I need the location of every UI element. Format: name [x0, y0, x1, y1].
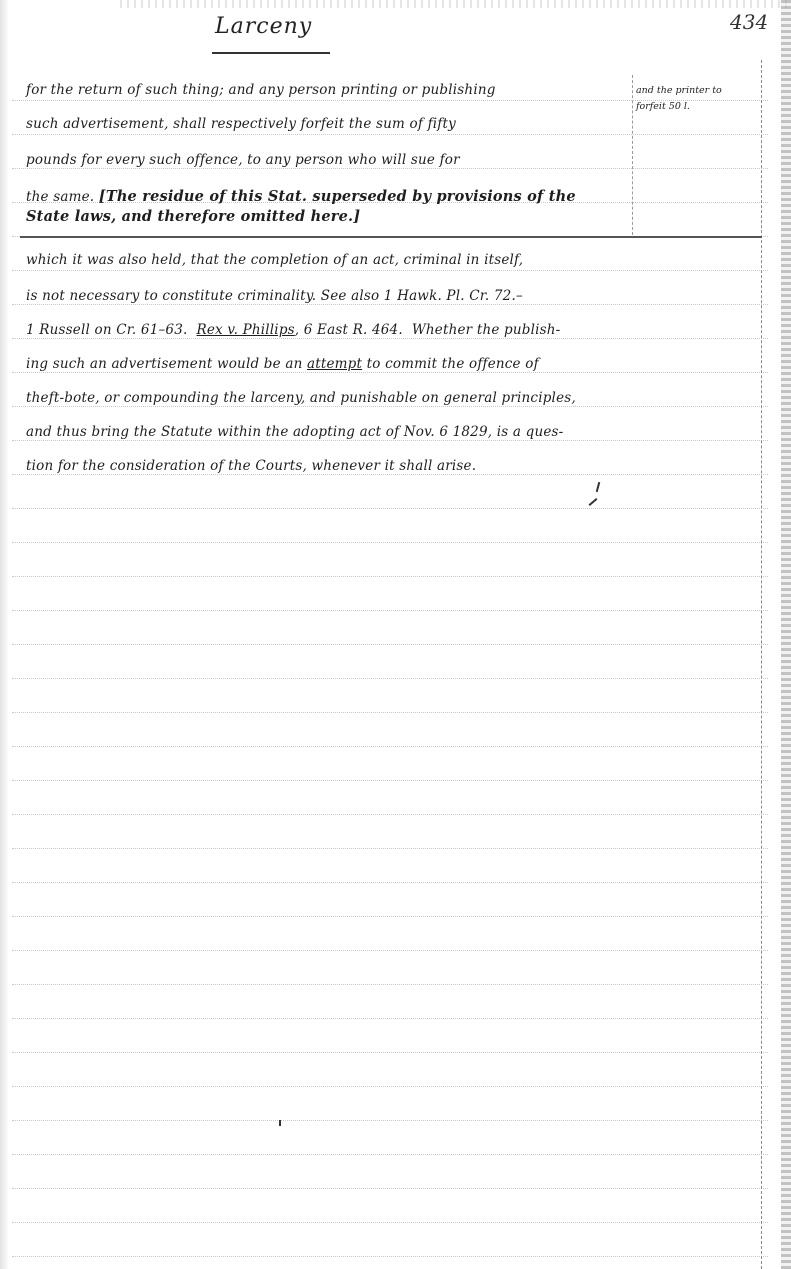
text-line: and thus bring the Statute within the ad… — [26, 424, 563, 440]
ruled-line — [12, 984, 768, 985]
ruled-line — [12, 1154, 768, 1155]
ruled-line — [12, 270, 768, 271]
ruled-line — [12, 712, 768, 713]
ruled-line — [12, 338, 768, 339]
ruled-line — [12, 168, 768, 169]
ruled-line — [12, 814, 768, 815]
ruled-line — [12, 1120, 768, 1121]
page-number: 434 — [730, 10, 768, 34]
text-fragment: to commit the offence of — [367, 356, 539, 372]
stray-mark — [279, 1120, 281, 1126]
ruled-line — [12, 916, 768, 917]
ruled-line — [12, 950, 768, 951]
ruled-line — [12, 1222, 768, 1223]
text-line: theft-bote, or compounding the larceny, … — [26, 390, 576, 406]
margin-rule — [632, 75, 633, 235]
ruled-line — [12, 678, 768, 679]
ruled-line — [12, 1188, 768, 1189]
page-edge — [781, 0, 791, 1269]
bracketed-note-line2: State laws, and therefore omitted here.] — [26, 208, 360, 225]
manuscript-page: Larceny 434 for the return of such thing… — [0, 0, 791, 1269]
whether-clause: Whether the publish- — [412, 322, 561, 338]
ruled-line — [12, 542, 768, 543]
ruled-line — [12, 576, 768, 577]
scan-noise — [120, 0, 790, 8]
text-line: pounds for every such offence, to any pe… — [26, 152, 460, 168]
ruled-line — [12, 508, 768, 509]
case-reference: , 6 East R. 464. — [295, 322, 403, 338]
ruled-line — [12, 644, 768, 645]
bracketed-note: [The residue of this Stat. superseded by… — [99, 188, 576, 205]
stray-mark — [589, 498, 598, 506]
margin-note-line2: forfeit 50 l. — [636, 101, 690, 112]
text-line: the same. [The residue of this Stat. sup… — [26, 188, 576, 205]
ruled-line — [12, 882, 768, 883]
text-fragment: ing such an advertisement would be an — [26, 356, 302, 372]
text-line: such advertisement, shall respectively f… — [26, 116, 456, 132]
ruled-line — [12, 440, 768, 441]
text-line: tion for the consideration of the Courts… — [26, 458, 476, 474]
ruled-line — [12, 1018, 768, 1019]
underlined-word: attempt — [307, 356, 362, 372]
ruled-line — [12, 406, 768, 407]
stray-mark — [596, 482, 601, 492]
ruled-line — [12, 610, 768, 611]
ruled-line — [12, 304, 768, 305]
scan-shadow — [0, 0, 8, 1269]
text-line: ing such an advertisement would be an at… — [26, 356, 539, 372]
case-citation: Rex v. Phillips — [197, 322, 295, 338]
ruled-line — [12, 134, 768, 135]
heading-underline — [212, 52, 330, 54]
ruled-line — [12, 474, 768, 475]
right-margin-rule — [761, 60, 762, 1269]
ruled-line — [12, 372, 768, 373]
ruled-line — [12, 746, 768, 747]
ruled-line — [12, 1052, 768, 1053]
section-divider — [20, 236, 762, 238]
ruled-line — [12, 1086, 768, 1087]
text-fragment: the same. — [26, 189, 94, 205]
ruled-line — [12, 848, 768, 849]
text-line: which it was also held, that the complet… — [26, 252, 523, 268]
ruled-line — [12, 780, 768, 781]
text-line: is not necessary to constitute criminali… — [26, 288, 523, 304]
text-line: 1 Russell on Cr. 61–63. Rex v. Phillips,… — [26, 322, 560, 338]
text-line: for the return of such thing; and any pe… — [26, 82, 496, 98]
page-heading: Larceny — [215, 14, 312, 39]
margin-note-line1: and the printer to — [636, 85, 722, 96]
text-fragment: 1 Russell on Cr. 61–63. — [26, 322, 188, 338]
ruled-line — [12, 1256, 768, 1257]
